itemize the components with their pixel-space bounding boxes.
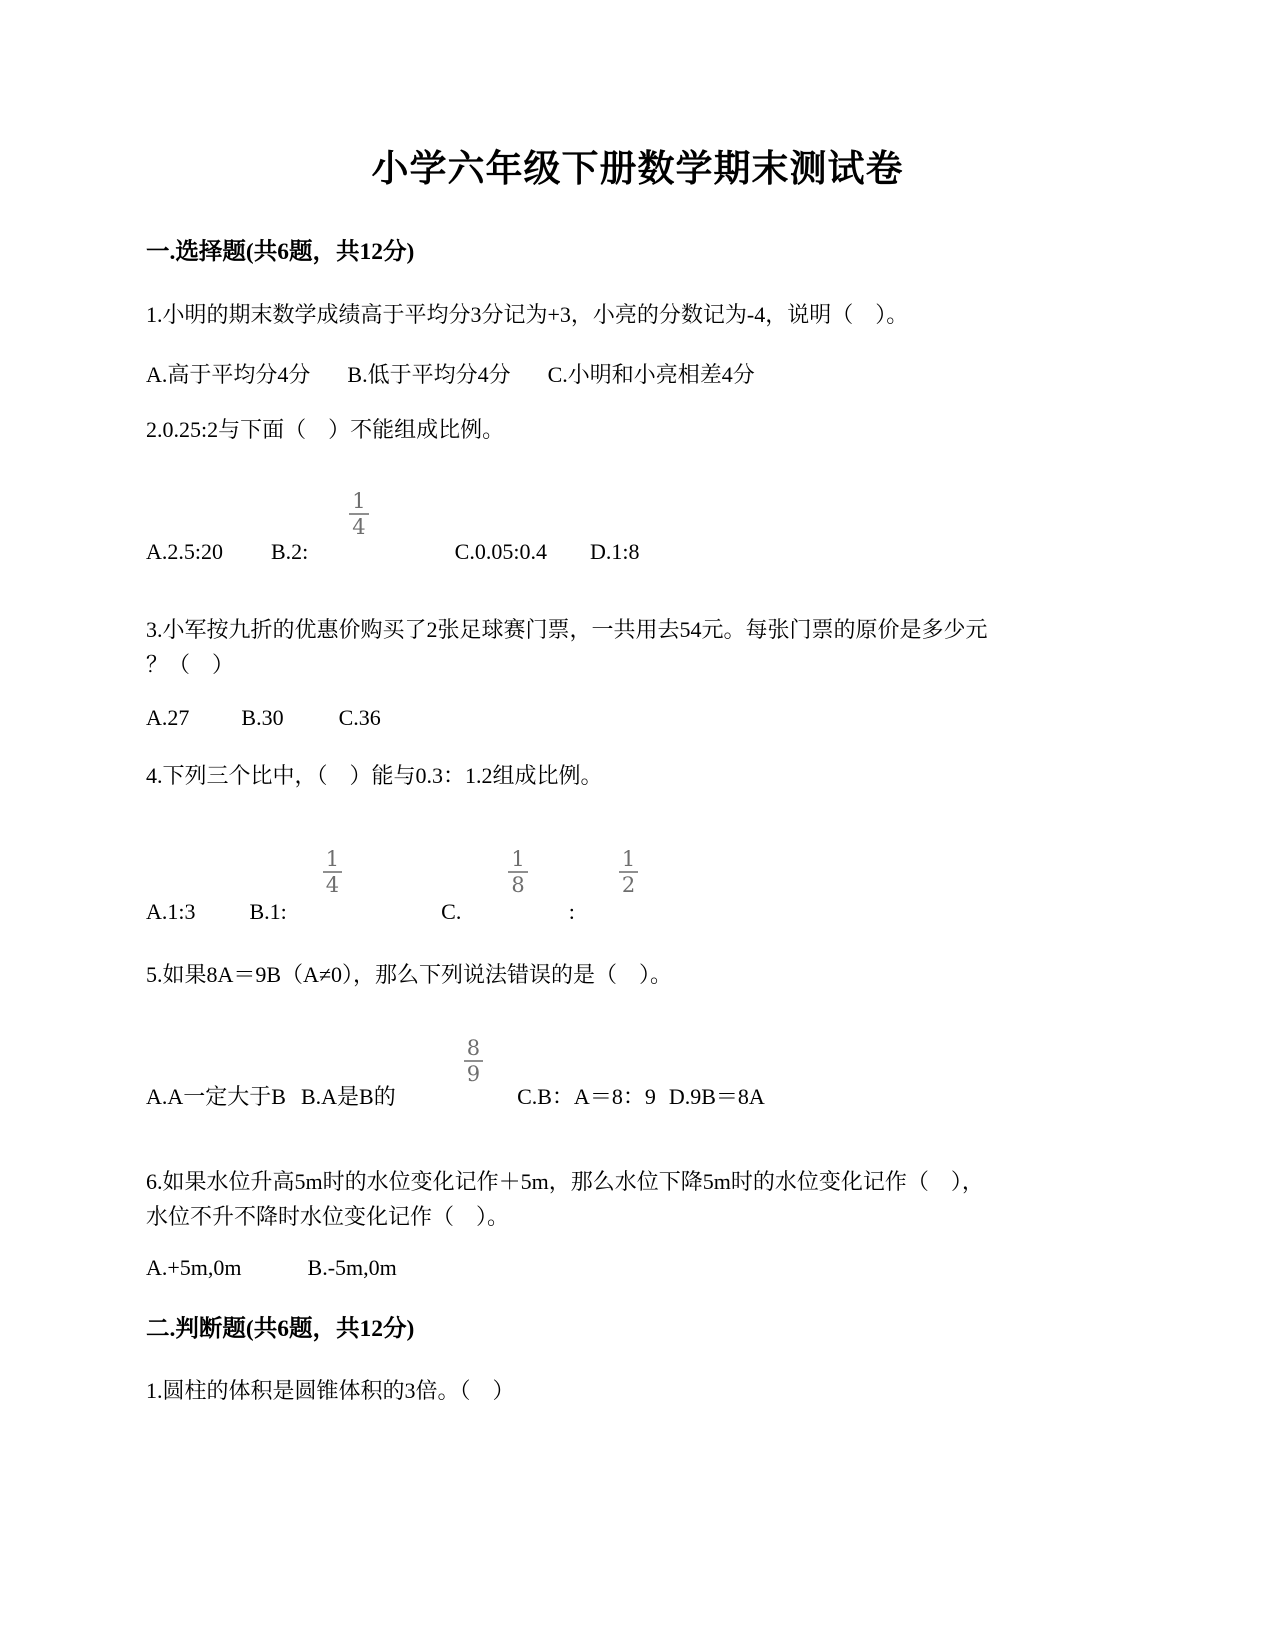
option-c: C. — [441, 898, 461, 926]
s2-q1-text: 1.圆柱的体积是圆锥体积的3倍。（ ） — [146, 1377, 515, 1405]
s1-q6-line2: 水位不升不降时水位变化记作（ ）。 — [146, 1199, 984, 1234]
s1-q5-options: A.A一定大于B B.A是B的 8 9 C.B：A＝8：9 D.9B＝8A — [146, 1031, 765, 1111]
document-page: 小学六年级下册数学期末测试卷 一.选择题(共6题，共12分) 1.小明的期末数学… — [0, 0, 1275, 1650]
fraction-denominator: 4 — [326, 873, 339, 896]
option-b: B.低于平均分4分 — [347, 361, 510, 389]
option-c: C.小明和小亮相差4分 — [548, 361, 755, 389]
s1-q5-text: 5.如果8A＝9B（A≠0），那么下列说法错误的是（ ）。 — [146, 961, 672, 989]
option-a: A.27 — [146, 704, 189, 732]
option-b: B.2: — [271, 538, 308, 566]
fraction-numerator: 8 — [464, 1037, 483, 1062]
fraction-1-4: 1 4 — [349, 490, 368, 538]
section-1-heading: 一.选择题(共6题，共12分) — [146, 237, 414, 267]
fraction-denominator: 8 — [511, 873, 524, 896]
fraction-1-8: 1 8 — [508, 848, 527, 896]
s1-q1-text: 1.小明的期末数学成绩高于平均分3分记为+3，小亮的分数记为-4，说明（ ）。 — [146, 301, 908, 329]
fraction-8-9: 8 9 — [464, 1037, 483, 1085]
fraction-denominator: 2 — [622, 873, 635, 896]
s1-q3-line2: ？（ ） — [146, 647, 988, 682]
fraction-numerator: 1 — [323, 848, 342, 873]
option-c: C.0.05:0.4 — [455, 538, 547, 566]
option-c: C.B：A＝8：9 — [517, 1083, 656, 1111]
s1-q2-options: A.2.5:20 B.2: 1 4 C.0.05:0.4 D.1:8 — [146, 486, 639, 566]
option-b: B.1: — [250, 898, 287, 926]
fraction-denominator: 4 — [352, 515, 365, 538]
option-d: D.9B＝8A — [669, 1083, 765, 1111]
s1-q4-options: A.1:3 B.1: 1 4 C. 1 8 : 1 2 — [146, 841, 638, 926]
option-a: A.高于平均分4分 — [146, 361, 310, 389]
fraction-denominator: 9 — [467, 1062, 480, 1085]
s1-q4-text: 4.下列三个比中，（ ）能与0.3：1.2组成比例。 — [146, 762, 603, 790]
section-2-heading: 二.判断题(共6题，共12分) — [146, 1314, 414, 1344]
s1-q6-line1: 6.如果水位升高5m时的水位变化记作＋5m，那么水位下降5m时的水位变化记作（ … — [146, 1164, 984, 1199]
option-b: B.30 — [241, 704, 283, 732]
fraction-numerator: 1 — [349, 490, 368, 515]
option-d: D.1:8 — [590, 538, 640, 566]
option-b: B.A是B的 — [301, 1083, 396, 1111]
fraction-numerator: 1 — [619, 848, 638, 873]
option-c: C.36 — [339, 704, 381, 732]
option-a: A.+5m,0m — [146, 1254, 242, 1282]
s1-q3-options: A.27 B.30 C.36 — [146, 704, 381, 732]
option-a: A.A一定大于B — [146, 1083, 286, 1111]
s1-q6-text: 6.如果水位升高5m时的水位变化记作＋5m，那么水位下降5m时的水位变化记作（ … — [146, 1164, 984, 1234]
page-title: 小学六年级下册数学期末测试卷 — [0, 146, 1275, 194]
s1-q1-options: A.高于平均分4分 B.低于平均分4分 C.小明和小亮相差4分 — [146, 361, 755, 389]
option-a: A.2.5:20 — [146, 538, 223, 566]
fraction-1-2: 1 2 — [619, 848, 638, 896]
s1-q3-line1: 3.小军按九折的优惠价购买了2张足球赛门票，一共用去54元。每张门票的原价是多少… — [146, 612, 988, 647]
option-b: B.-5m,0m — [308, 1254, 397, 1282]
fraction-1-4: 1 4 — [323, 848, 342, 896]
s1-q3-text: 3.小军按九折的优惠价购买了2张足球赛门票，一共用去54元。每张门票的原价是多少… — [146, 612, 988, 682]
option-a: A.1:3 — [146, 898, 196, 926]
fraction-numerator: 1 — [508, 848, 527, 873]
s1-q6-options: A.+5m,0m B.-5m,0m — [146, 1254, 397, 1282]
colon-separator: : — [569, 898, 575, 926]
s1-q2-text: 2.0.25:2与下面（ ）不能组成比例。 — [146, 416, 504, 444]
